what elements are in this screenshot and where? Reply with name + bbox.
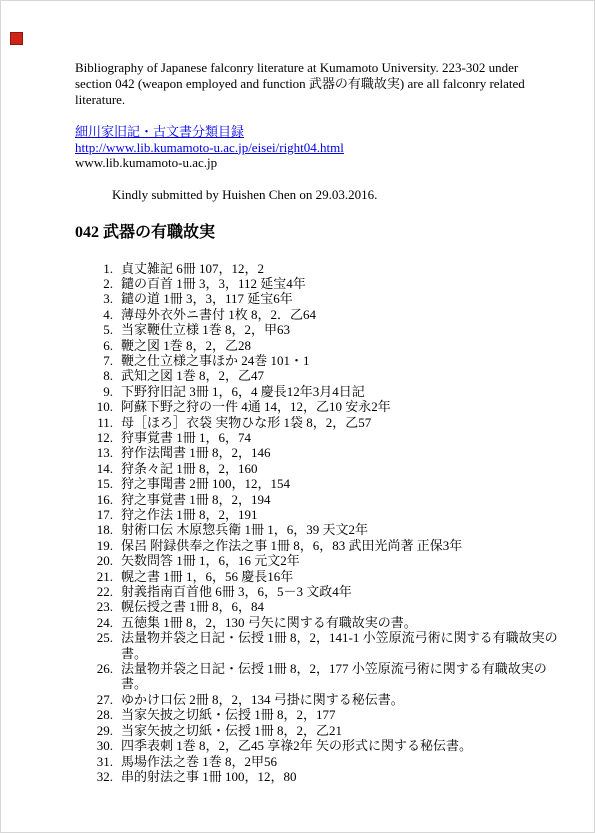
list-item-number: 13. xyxy=(75,445,113,460)
list-item-number: 9. xyxy=(75,384,113,399)
list-item: 7.鞭之仕立様之事ほか 24巻 101・1 xyxy=(75,353,558,368)
list-item: 14.狩条々記 1冊 8，2，160 xyxy=(75,461,558,476)
list-item: 32.串的射法之事 1冊 100，12，80 xyxy=(75,769,558,784)
list-item-number: 1. xyxy=(75,261,113,276)
list-item: 11.母［ほろ］衣袋 実物ひな形 1袋 8，2，乙57 xyxy=(75,415,558,430)
list-item-text: 下野狩旧記 3冊 1，6，4 慶長12年3月4日記 xyxy=(121,384,365,399)
list-item-number: 17. xyxy=(75,507,113,522)
link-block: 細川家旧記・古文書分類目録 http://www.lib.kumamoto-u.… xyxy=(75,124,558,171)
list-item: 15.狩之事聞書 2冊 100，12，154 xyxy=(75,476,558,491)
list-item-text: 幌之書 1冊 1，6，56 慶長16年 xyxy=(121,569,293,584)
list-item-number: 28. xyxy=(75,707,113,722)
list-item-text: 射術口伝 木原惣兵衛 1冊 1，6，39 天文2年 xyxy=(121,522,368,537)
list-item-text: 貞丈雑記 6冊 107，12，2 xyxy=(121,261,264,276)
list-item-number: 3. xyxy=(75,291,113,306)
list-item-text: 保呂 附録供奉之作法之事 1冊 8，6，83 武田光尚著 正保3年 xyxy=(121,538,462,553)
list-item-text: 母［ほろ］衣袋 実物ひな形 1袋 8，2，乙57 xyxy=(121,415,371,430)
document-page: Bibliography of Japanese falconry litera… xyxy=(0,0,595,833)
list-item-text: 狩条々記 1冊 8，2，160 xyxy=(121,461,258,476)
list-item: 18.射術口伝 木原惣兵衛 1冊 1，6，39 天文2年 xyxy=(75,522,558,537)
list-item: 25.法量物并袋之日記・伝授 1冊 8，2，141-1 小笠原流弓術に関する有職… xyxy=(75,630,558,661)
list-item-number: 6. xyxy=(75,338,113,353)
list-item-number: 15. xyxy=(75,476,113,491)
list-item-text: 鞭之仕立様之事ほか 24巻 101・1 xyxy=(121,353,310,368)
list-item-number: 12. xyxy=(75,430,113,445)
list-item-number: 7. xyxy=(75,353,113,368)
list-item-text: 狩之事聞書 2冊 100，12，154 xyxy=(121,476,290,491)
list-item-number: 31. xyxy=(75,754,113,769)
list-item-number: 25. xyxy=(75,630,113,645)
list-item-number: 23. xyxy=(75,599,113,614)
list-item-text: 武知之図 1巻 8，2，乙47 xyxy=(121,368,264,383)
list-item-text: 狩事覚書 1冊 1，6，74 xyxy=(121,430,251,445)
list-item-text: 狩作法聞書 1冊 8，2，146 xyxy=(121,445,271,460)
document-content: Bibliography of Japanese falconry litera… xyxy=(1,1,594,784)
list-item-text: 当家矢披之切紙・伝授 1冊 8，2，177 xyxy=(121,707,336,722)
list-item: 16.狩之事覚書 1冊 8，2，194 xyxy=(75,492,558,507)
broken-image-placeholder-icon xyxy=(10,32,23,45)
section-heading: 042 武器の有職故実 xyxy=(75,224,558,242)
list-item-number: 24. xyxy=(75,615,113,630)
list-item: 1.貞丈雑記 6冊 107，12，2 xyxy=(75,261,558,276)
list-item: 19.保呂 附録供奉之作法之事 1冊 8，6，83 武田光尚著 正保3年 xyxy=(75,538,558,553)
list-item-text: 幌伝授之書 1冊 8，6，84 xyxy=(121,599,264,614)
list-item-text: 鞭之図 1巻 8，2，乙28 xyxy=(121,338,251,353)
list-item: 3.鑓の道 1冊 3，3，117 延宝6年 xyxy=(75,291,558,306)
list-item-number: 14. xyxy=(75,461,113,476)
list-item-text: 馬場作法之巻 1巻 8，2甲56 xyxy=(121,754,277,769)
list-item-text: 薄母外衣外ニ書付 1枚 8，2．乙64 xyxy=(121,307,316,322)
list-item: 29.当家矢披之切紙・伝授 1冊 8，2，乙21 xyxy=(75,723,558,738)
list-item-number: 4. xyxy=(75,307,113,322)
list-item-text: 鑓の道 1冊 3，3，117 延宝6年 xyxy=(121,291,293,306)
list-item: 20.矢数問答 1冊 1，6，16 元文2年 xyxy=(75,553,558,568)
list-item-number: 10. xyxy=(75,399,113,414)
list-item: 8.武知之図 1巻 8，2，乙47 xyxy=(75,368,558,383)
list-item-text: 矢数問答 1冊 1，6，16 元文2年 xyxy=(121,553,300,568)
list-item-number: 19. xyxy=(75,538,113,553)
submission-note: Kindly submitted by Huishen Chen on 29.0… xyxy=(75,187,558,203)
list-item-text: 法量物并袋之日記・伝授 1冊 8，2，177 小笠原流弓術に関する有職故実の書。 xyxy=(121,661,547,691)
list-item: 23.幌伝授之書 1冊 8，6，84 xyxy=(75,599,558,614)
list-item-number: 21. xyxy=(75,569,113,584)
list-item-number: 20. xyxy=(75,553,113,568)
list-item-number: 18. xyxy=(75,522,113,537)
list-item: 4.薄母外衣外ニ書付 1枚 8，2．乙64 xyxy=(75,307,558,322)
list-item-text: 法量物并袋之日記・伝授 1冊 8，2，141-1 小笠原流弓術に関する有職故実の… xyxy=(121,630,558,660)
list-item: 31.馬場作法之巻 1巻 8，2甲56 xyxy=(75,754,558,769)
list-item: 30.四季表刺 1巻 8，2，乙45 享祿2年 矢の形式に関する秘伝書。 xyxy=(75,738,558,753)
list-item-number: 27. xyxy=(75,692,113,707)
list-item: 21.幌之書 1冊 1，6，56 慶長16年 xyxy=(75,569,558,584)
list-item: 6.鞭之図 1巻 8，2，乙28 xyxy=(75,338,558,353)
list-item-text: 当家矢披之切紙・伝授 1冊 8，2，乙21 xyxy=(121,723,342,738)
list-item-number: 22. xyxy=(75,584,113,599)
list-item: 24.五徳集 1冊 8，2，130 弓矢に関する有職故実の書。 xyxy=(75,615,558,630)
list-item-number: 8. xyxy=(75,368,113,383)
intro-paragraph: Bibliography of Japanese falconry litera… xyxy=(75,60,558,108)
list-item-number: 30. xyxy=(75,738,113,753)
list-item-number: 5. xyxy=(75,322,113,337)
list-item: 28.当家矢披之切紙・伝授 1冊 8，2，177 xyxy=(75,707,558,722)
list-item-text: 阿蘇下野之狩の一件 4通 14，12，乙10 安永2年 xyxy=(121,399,391,414)
list-item-text: 四季表刺 1巻 8，2，乙45 享祿2年 矢の形式に関する秘伝書。 xyxy=(121,738,472,753)
list-item: 5.当家鞭仕立様 1巻 8，2，甲63 xyxy=(75,322,558,337)
list-item-text: 当家鞭仕立様 1巻 8，2，甲63 xyxy=(121,322,290,337)
catalog-title-link[interactable]: 細川家旧記・古文書分類目録 xyxy=(75,124,244,139)
list-item: 12.狩事覚書 1冊 1，6，74 xyxy=(75,430,558,445)
list-item: 27.ゆかけ口伝 2冊 8，2，134 弓掛に関する秘伝書。 xyxy=(75,692,558,707)
list-item-text: 射義指南百首他 6冊 3，6，5－3 文政4年 xyxy=(121,584,352,599)
list-item: 22.射義指南百首他 6冊 3，6，5－3 文政4年 xyxy=(75,584,558,599)
list-item-number: 29. xyxy=(75,723,113,738)
list-item-text: 鑓の百首 1冊 3，3，112 延宝4年 xyxy=(121,276,306,291)
bibliography-list: 1.貞丈雑記 6冊 107，12，2 2.鑓の百首 1冊 3，3，112 延宝4… xyxy=(75,261,558,785)
list-item: 10.阿蘇下野之狩の一件 4通 14，12，乙10 安永2年 xyxy=(75,399,558,414)
plain-url-text: www.lib.kumamoto-u.ac.jp xyxy=(75,155,558,171)
list-item: 2.鑓の百首 1冊 3，3，112 延宝4年 xyxy=(75,276,558,291)
list-item-number: 26. xyxy=(75,661,113,676)
list-item: 26.法量物并袋之日記・伝授 1冊 8，2，177 小笠原流弓術に関する有職故実… xyxy=(75,661,558,692)
list-item-text: 五徳集 1冊 8，2，130 弓矢に関する有職故実の書。 xyxy=(121,615,417,630)
list-item-number: 2. xyxy=(75,276,113,291)
list-item: 9.下野狩旧記 3冊 1，6，4 慶長12年3月4日記 xyxy=(75,384,558,399)
list-item-text: 狩之事覚書 1冊 8，2，194 xyxy=(121,492,271,507)
list-item-number: 32. xyxy=(75,769,113,784)
list-item: 17.狩之作法 1冊 8，2，191 xyxy=(75,507,558,522)
list-item-text: 狩之作法 1冊 8，2，191 xyxy=(121,507,258,522)
list-item: 13.狩作法聞書 1冊 8，2，146 xyxy=(75,445,558,460)
list-item-number: 16. xyxy=(75,492,113,507)
list-item-text: ゆかけ口伝 2冊 8，2，134 弓掛に関する秘伝書。 xyxy=(121,692,404,707)
catalog-url-link[interactable]: http://www.lib.kumamoto-u.ac.jp/eisei/ri… xyxy=(75,140,344,155)
list-item-text: 串的射法之事 1冊 100，12，80 xyxy=(121,769,297,784)
list-item-number: 11. xyxy=(75,415,113,430)
